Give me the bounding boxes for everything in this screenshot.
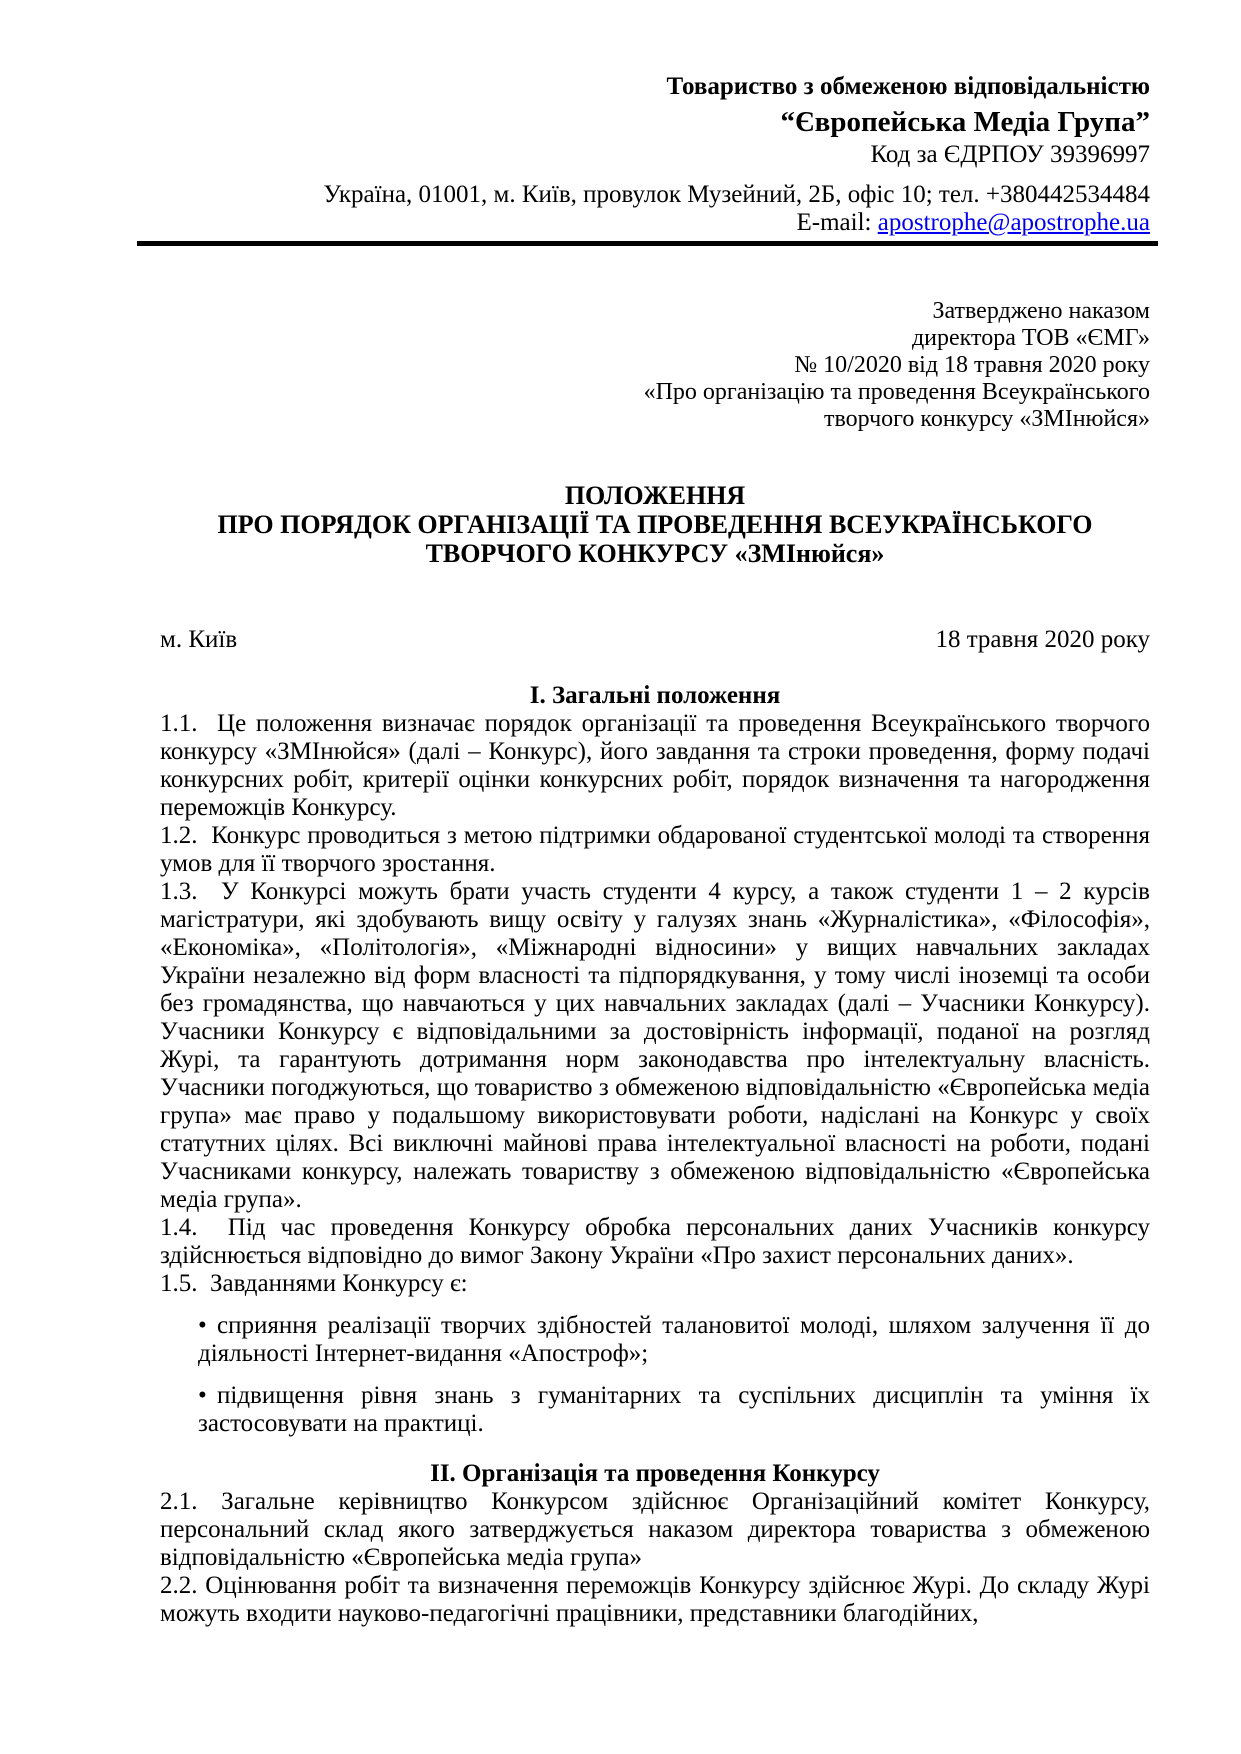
- approval-line: № 10/2020 від 18 травня 2020 року: [160, 352, 1150, 379]
- tasks-list: сприяння реалізації творчих здібностей т…: [160, 1312, 1150, 1438]
- meta-row: м. Київ 18 травня 2020 року: [160, 626, 1150, 654]
- section-1-heading: І. Загальні положення: [160, 682, 1150, 710]
- letterhead: Товариство з обмеженою відповідальністю …: [160, 72, 1150, 237]
- approval-line: «Про організацію та проведення Всеукраїн…: [160, 379, 1150, 406]
- approval-block: Затверджено наказом директора ТОВ «ЄМГ» …: [160, 298, 1150, 433]
- page-content: Товариство з обмеженою відповідальністю …: [0, 0, 1241, 1628]
- title-line: ПОЛОЖЕННЯ: [160, 481, 1150, 510]
- section-2-heading: ІІ. Організація та проведення Конкурсу: [160, 1460, 1150, 1488]
- title-line: ПРО ПОРЯДОК ОРГАНІЗАЦІЇ ТА ПРОВЕДЕННЯ ВС…: [160, 510, 1150, 539]
- paragraph-1-4: 1.4. Під час проведення Конкурсу обробка…: [160, 1214, 1150, 1270]
- approval-line: Затверджено наказом: [160, 298, 1150, 325]
- paragraph-1-3: 1.3. У Конкурсі можуть брати участь студ…: [160, 878, 1150, 1214]
- company-name: “Європейська Медіа Група”: [160, 106, 1150, 139]
- paragraph-1-1: 1.1. Це положення визначає порядок орган…: [160, 710, 1150, 822]
- company-address: Україна, 01001, м. Київ, провулок Музейн…: [160, 181, 1150, 209]
- city-label: м. Київ: [160, 626, 237, 654]
- document-title: ПОЛОЖЕННЯ ПРО ПОРЯДОК ОРГАНІЗАЦІЇ ТА ПРО…: [160, 481, 1150, 568]
- header-divider: [137, 241, 1158, 246]
- company-type: Товариство з обмеженою відповідальністю: [160, 72, 1150, 101]
- document-page: Товариство з обмеженою відповідальністю …: [0, 0, 1241, 1754]
- approval-line: творчого конкурсу «ЗМІнюйся»: [160, 406, 1150, 433]
- email-label: E-mail:: [797, 209, 872, 236]
- list-item: сприяння реалізації творчих здібностей т…: [198, 1312, 1150, 1368]
- edrpou-code: Код за ЄДРПОУ 39396997: [160, 141, 1150, 169]
- paragraph-2-2: 2.2. Оцінювання робіт та визначення пере…: [160, 1572, 1150, 1628]
- paragraph-2-1: 2.1. Загальне керівництво Конкурсом здій…: [160, 1488, 1150, 1572]
- list-item: підвищення рівня знань з гуманітарних та…: [198, 1382, 1150, 1438]
- title-line: ТВОРЧОГО КОНКУРСУ «ЗМІнюйся»: [160, 539, 1150, 568]
- email-link[interactable]: apostrophe@apostrophe.ua: [878, 209, 1150, 236]
- paragraph-1-5: 1.5. Завданнями Конкурсу є:: [160, 1270, 1150, 1298]
- date-label: 18 травня 2020 року: [935, 626, 1150, 654]
- approval-line: директора ТОВ «ЄМГ»: [160, 325, 1150, 352]
- email-line: E-mail: apostrophe@apostrophe.ua: [160, 209, 1150, 237]
- paragraph-1-2: 1.2. Конкурс проводиться з метою підтрим…: [160, 822, 1150, 878]
